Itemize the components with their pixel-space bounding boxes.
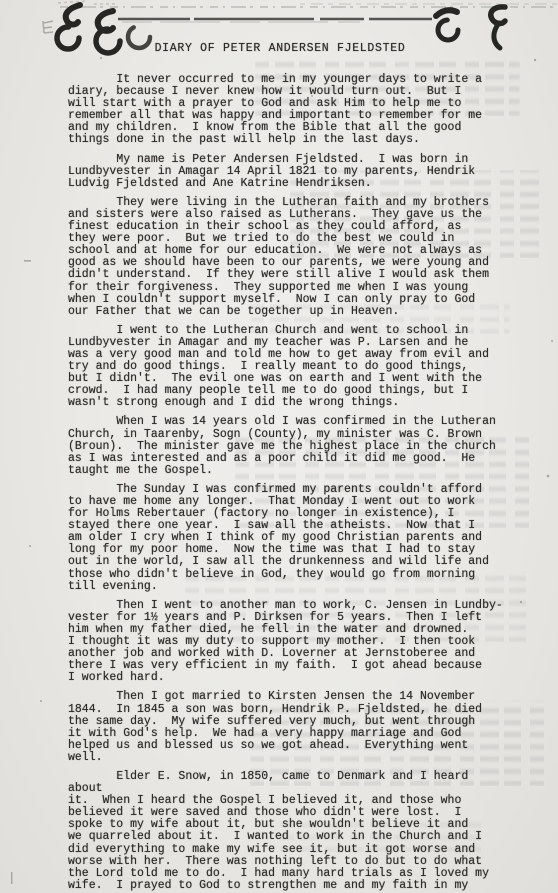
paragraph-6: The Sunday I was confirmed my parents co… <box>68 484 508 593</box>
paragraph-8: Then I got married to Kirsten Jensen the… <box>68 691 508 764</box>
paragraph-4: I went to the Lutheran Church and went t… <box>68 325 508 410</box>
scanned-diary-page: DIARY OF PETER ANDERSEN FJELDSTED It nev… <box>0 0 558 893</box>
paragraph-7: Then I went to another man to work, C. J… <box>68 600 508 685</box>
photocopy-edge-line <box>60 4 558 22</box>
paragraph-9: Elder E. Snow, in 1850, came to Denmark … <box>68 771 508 892</box>
document-title: DIARY OF PETER ANDERSEN FJELDSTED <box>68 42 492 55</box>
pencil-scribble <box>43 1 116 33</box>
paragraph-1: It never occurred to me in my younger da… <box>68 74 508 147</box>
document-body: It never occurred to me in my younger da… <box>68 74 508 893</box>
paragraph-2: My name is Peter Andersen Fjeldsted. I w… <box>68 154 508 190</box>
paragraph-3: They were living in the Lutheran faith a… <box>68 197 508 318</box>
paragraph-5: When I was 14 years old I was confirmed … <box>68 416 508 476</box>
